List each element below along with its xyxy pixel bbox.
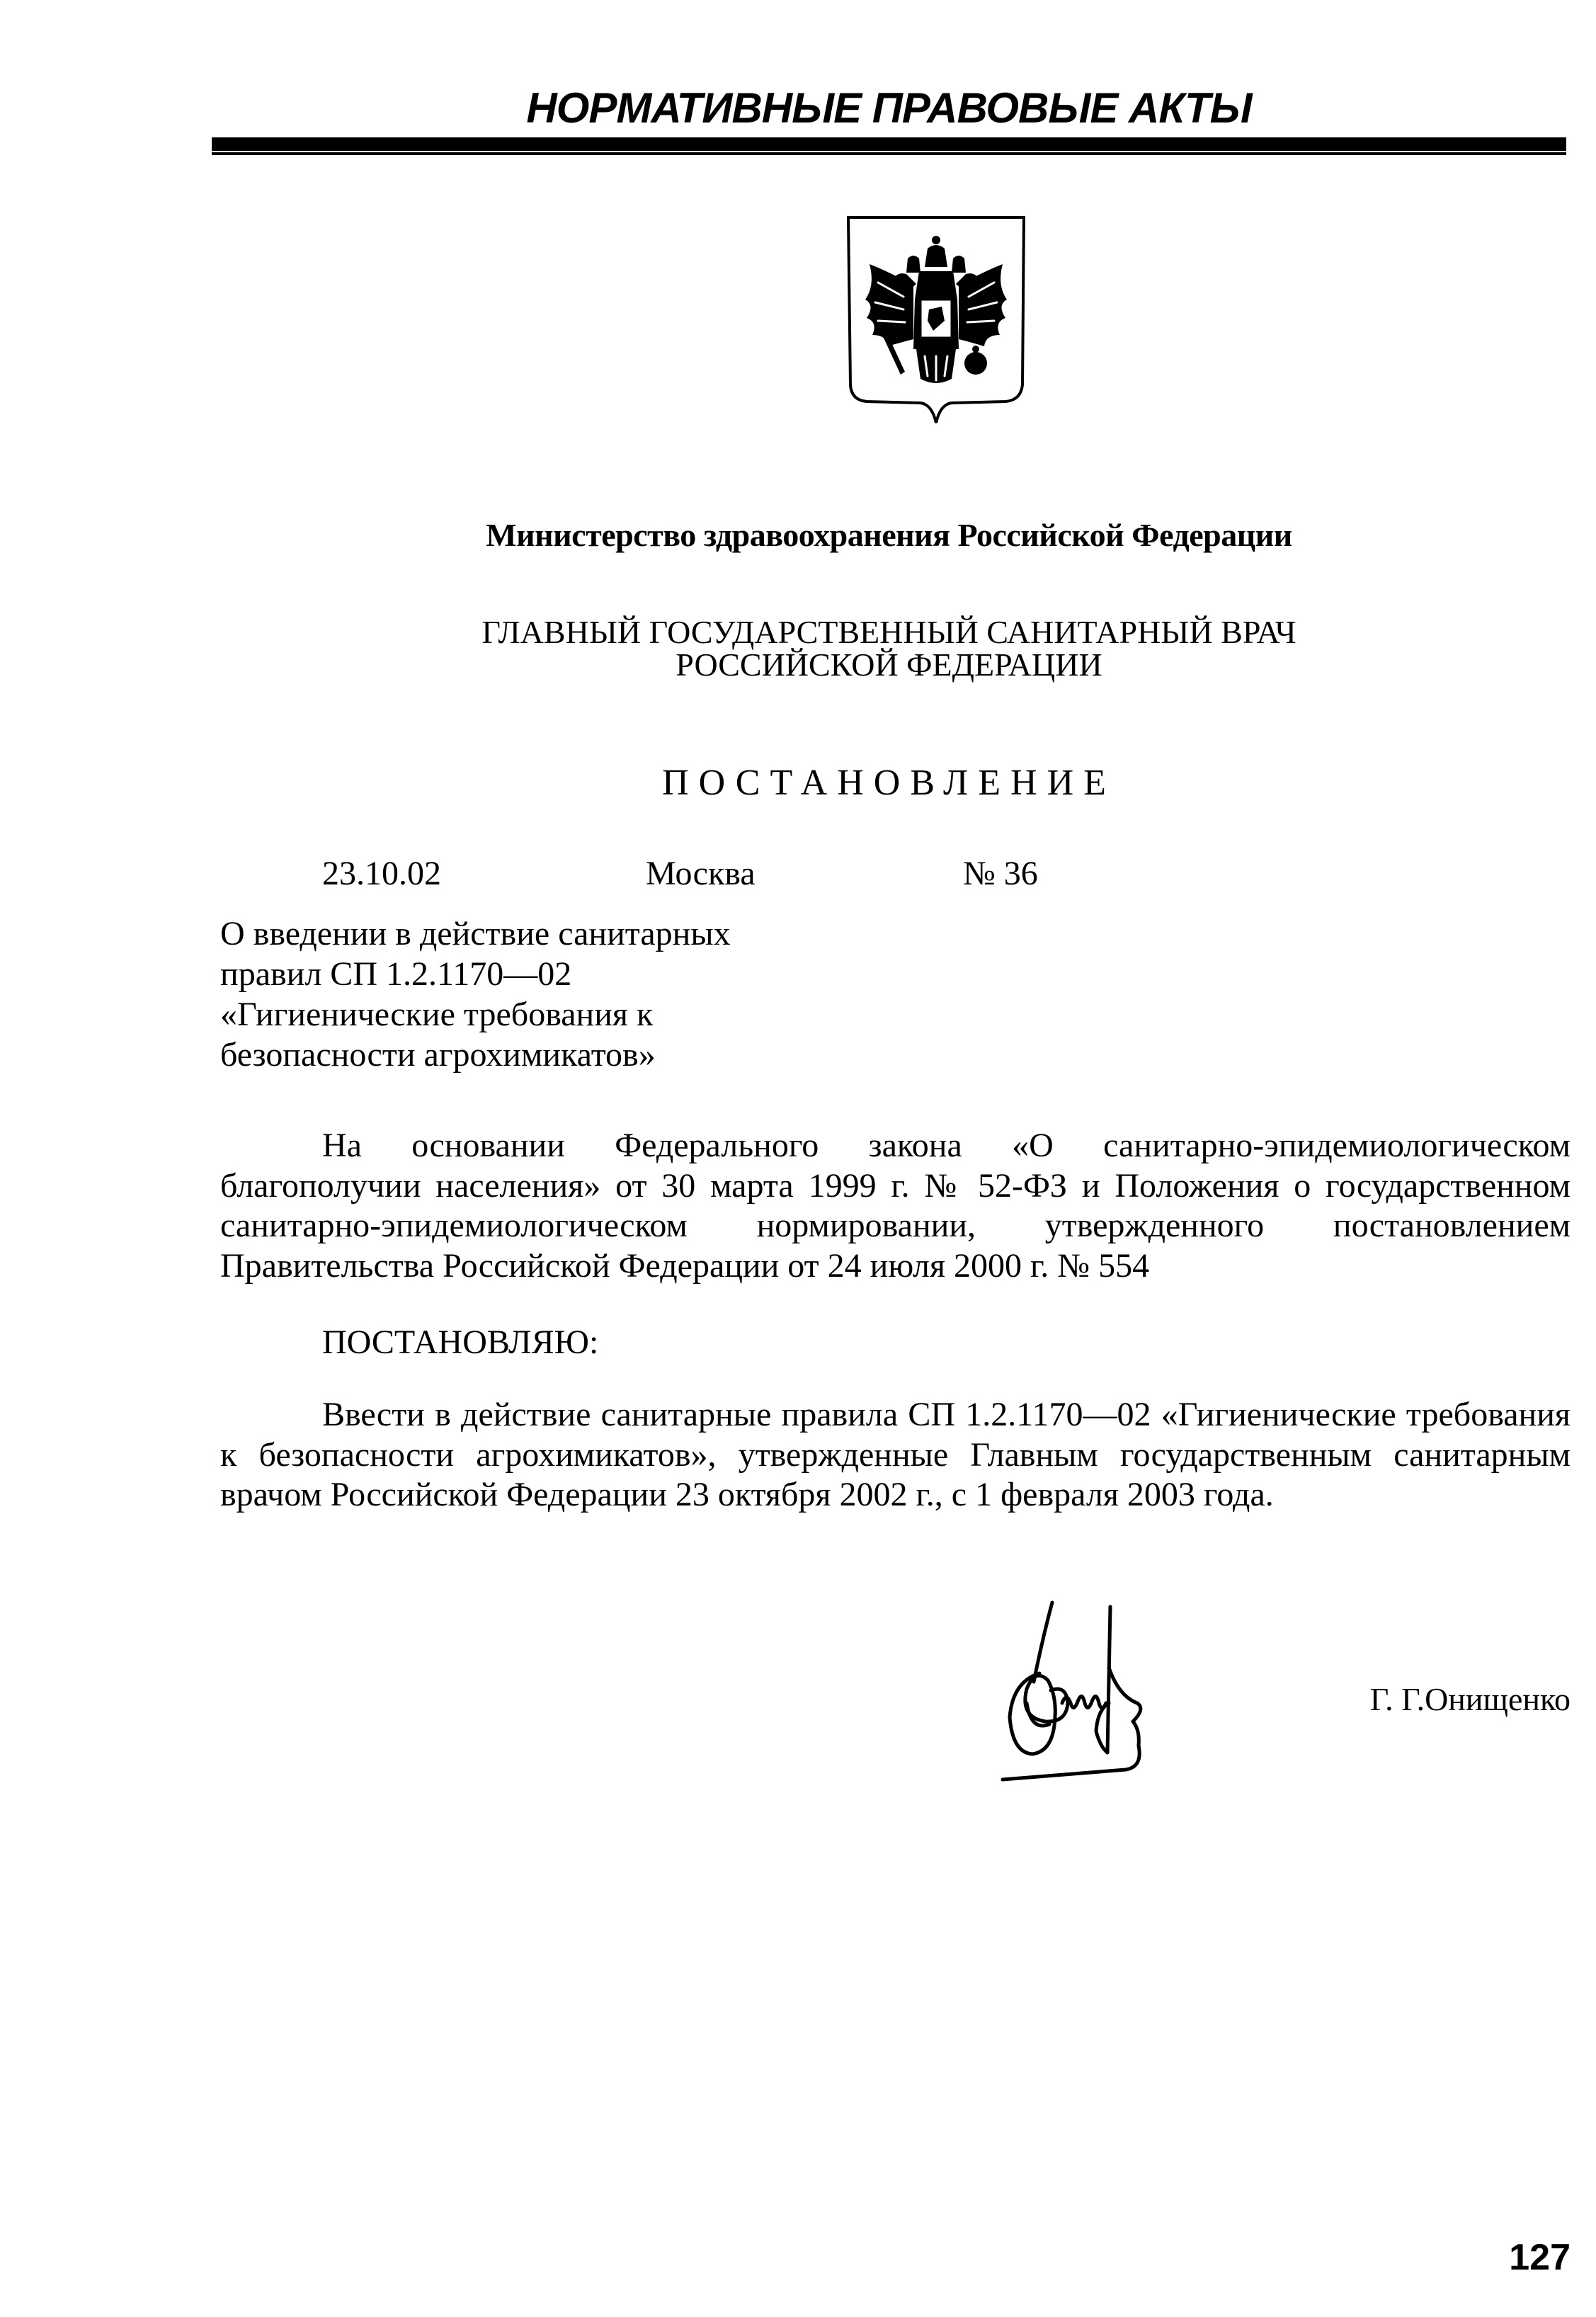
decree-number: № 36 <box>963 854 1038 894</box>
subject-line: О введении в действие санитарных <box>220 913 857 954</box>
subject-line: «Гигиенические требования к <box>220 994 857 1035</box>
subject-line: безопасности агрохимикатов» <box>220 1035 857 1075</box>
header-rule-thick <box>212 137 1566 151</box>
header-rule-thin <box>212 152 1566 155</box>
resolution-paragraph: Ввести в действие санитарные правила СП … <box>220 1395 1571 1515</box>
signer-name: Г. Г.Онищенко <box>1317 1680 1571 1719</box>
russian-coat-of-arms-icon <box>845 215 1027 426</box>
ministry-name: Министерство здравоохранения Российской … <box>212 516 1566 555</box>
decree-subject: О введении в действие санитарных правил … <box>220 913 857 1075</box>
preamble-paragraph: На основании Федерального закона «О сани… <box>220 1126 1571 1286</box>
decree-city: Москва <box>646 854 756 894</box>
resolve-heading: ПОСТАНОВЛЯЮ: <box>322 1323 598 1362</box>
running-head: НОРМАТИВНЫЕ ПРАВОВЫЕ АКТЫ <box>212 84 1566 133</box>
officer-title-line-1: ГЛАВНЫЙ ГОСУДАРСТВЕННЫЙ САНИТАРНЫЙ ВРАЧ <box>212 616 1566 649</box>
officer-title-line-2: РОССИЙСКОЙ ФЕДЕРАЦИИ <box>212 649 1566 681</box>
handwritten-signature-icon <box>998 1597 1239 1788</box>
page-number: 127 <box>1473 2236 1571 2279</box>
decree-title: ПОСТАНОВЛЕНИЕ <box>212 762 1566 804</box>
officer-title: ГЛАВНЫЙ ГОСУДАРСТВЕННЫЙ САНИТАРНЫЙ ВРАЧ … <box>212 616 1566 681</box>
subject-line: правил СП 1.2.1170—02 <box>220 954 857 994</box>
decree-date: 23.10.02 <box>322 854 441 894</box>
